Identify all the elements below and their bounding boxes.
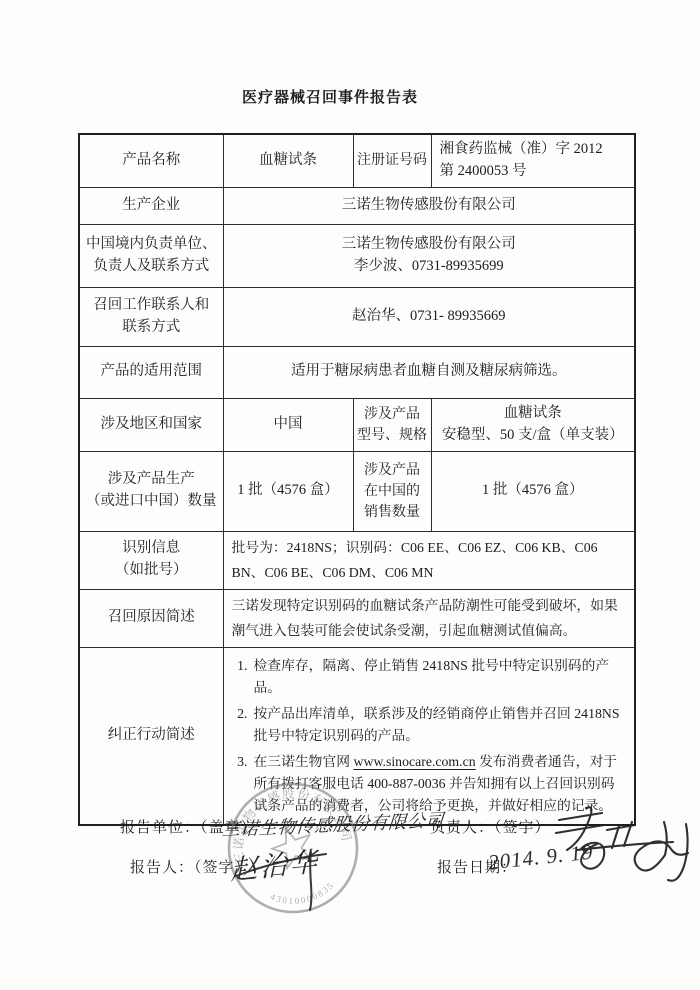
corrective-actions-label: 纠正行动简述 xyxy=(79,647,223,825)
manufacturer-label: 生产企业 xyxy=(79,187,223,224)
china-sales-quantity-value: 1 批（4576 盒） xyxy=(431,451,635,531)
recall-reason-value: 三诺发现特定识别码的血糖试条产品防潮性可能受到破坏，如果潮气进入包装可能会使试条… xyxy=(223,589,635,647)
recall-report-table: 产品名称 血糖试条 注册证号码 湘食药监械（准）字 2012 第 2400053… xyxy=(78,133,636,826)
action-item-number: 3. xyxy=(232,751,248,817)
table-row: 召回原因简述 三诺发现特定识别码的血糖试条产品防潮性可能受到破坏，如果潮气进入包… xyxy=(79,589,635,647)
production-quantity-label: 涉及产品生产 （或进口中国）数量 xyxy=(79,451,223,531)
table-row: 涉及地区和国家 中国 涉及产品 型号、规格 血糖试条 安稳型、50 支/盒（单支… xyxy=(79,398,635,451)
seal-serial-number: 43010000835 xyxy=(267,878,339,912)
table-row: 产品的适用范围 适用于糖尿病患者血糖自测及糖尿病筛选。 xyxy=(79,346,635,398)
recall-contact-value: 赵治华、0731- 89935669 xyxy=(223,287,635,346)
corrective-action-item: 2. 按产品出库清单，联系涉及的经销商停止销售并召回 2418NS 批号中特定识… xyxy=(232,703,627,747)
table-row: 生产企业 三诺生物传感股份有限公司 xyxy=(79,187,635,224)
table-row: 中国境内负责单位、 负责人及联系方式 三诺生物传感股份有限公司 李少波、0731… xyxy=(79,224,635,287)
table-row: 纠正行动简述 1. 检查库存，隔离、停止销售 2418NS 批号中特定识别码的产… xyxy=(79,647,635,825)
identification-info-label: 识别信息 （如批号） xyxy=(79,531,223,589)
product-scope-value: 适用于糖尿病患者血糖自测及糖尿病筛选。 xyxy=(223,346,635,398)
product-name-value: 血糖试条 xyxy=(223,134,353,187)
recall-reason-label: 召回原因简述 xyxy=(79,589,223,647)
action-item-text: 按产品出库清单，联系涉及的经销商停止销售并召回 2418NS 批号中特定识别码的… xyxy=(254,703,627,747)
action-item-text: 检查库存，隔离、停止销售 2418NS 批号中特定识别码的产品。 xyxy=(254,655,627,699)
registration-number-value: 湘食药监械（准）字 2012 第 2400053 号 xyxy=(431,134,635,187)
regions-label: 涉及地区和国家 xyxy=(79,398,223,451)
svg-text:43010000835: 43010000835 xyxy=(267,878,339,912)
table-row: 产品名称 血糖试条 注册证号码 湘食药监械（准）字 2012 第 2400053… xyxy=(79,134,635,187)
action-item-number: 2. xyxy=(232,703,248,747)
report-date-handwriting: 2014. 9. 19 xyxy=(487,840,595,876)
corrective-action-item: 1. 检查库存，隔离、停止销售 2418NS 批号中特定识别码的产品。 xyxy=(232,655,627,699)
model-spec-label: 涉及产品 型号、规格 xyxy=(353,398,431,451)
page-title: 医疗器械召回事件报告表 xyxy=(0,86,680,107)
manufacturer-value: 三诺生物传感股份有限公司 xyxy=(223,187,635,224)
registration-number-label: 注册证号码 xyxy=(353,134,431,187)
production-quantity-value: 1 批（4576 盒） xyxy=(223,451,353,531)
table-row: 涉及产品生产 （或进口中国）数量 1 批（4576 盒） 涉及产品 在中国的 销… xyxy=(79,451,635,531)
reporter-signature: 赵治华 xyxy=(230,839,320,888)
table-row: 召回工作联系人和 联系方式 赵治华、0731- 89935669 xyxy=(79,287,635,346)
model-spec-value: 血糖试条 安稳型、50 支/盒（单支装） xyxy=(431,398,635,451)
recall-contact-label: 召回工作联系人和 联系方式 xyxy=(79,287,223,346)
regions-value: 中国 xyxy=(223,398,353,451)
action-item-text-pre: 在三诺生物官网 xyxy=(254,754,354,769)
responsible-person-label: 负责人：（签字） xyxy=(430,816,551,837)
china-sales-quantity-label: 涉及产品 在中国的 销售数量 xyxy=(353,451,431,531)
website-url-text: www.sinocare.com.cn xyxy=(354,754,476,769)
identification-info-value: 批号为：2418NS；识别码：C06 EE、C06 EZ、C06 KB、C06 … xyxy=(223,531,635,589)
product-scope-label: 产品的适用范围 xyxy=(79,346,223,398)
china-responsible-unit-value: 三诺生物传感股份有限公司 李少波、0731-89935699 xyxy=(223,224,635,287)
corrective-actions-value: 1. 检查库存，隔离、停止销售 2418NS 批号中特定识别码的产品。 2. 按… xyxy=(223,647,635,825)
table-row: 识别信息 （如批号） 批号为：2418NS；识别码：C06 EE、C06 EZ、… xyxy=(79,531,635,589)
china-responsible-unit-label: 中国境内负责单位、 负责人及联系方式 xyxy=(79,224,223,287)
scanned-recall-report-page: 医疗器械召回事件报告表 产品名称 血糖试条 注册证号码 湘食药监械（准）字 20… xyxy=(0,0,700,990)
product-name-label: 产品名称 xyxy=(79,134,223,187)
action-item-number: 1. xyxy=(232,655,248,699)
